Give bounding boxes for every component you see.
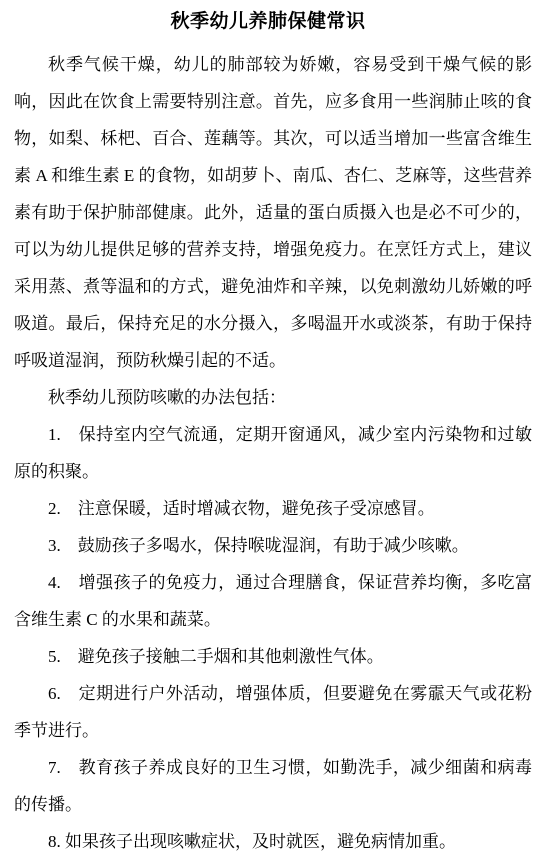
list-item-1: 1. 保持室内空气流通，定期开窗通风，减少室内污染物和过敏原的积聚。 bbox=[14, 416, 532, 490]
list-item-6: 6. 定期进行户外活动，增强体质，但要避免在雾霢天气或花粉季节进行。 bbox=[14, 675, 532, 749]
list-item-4: 4. 增强孩子的免疫力，通过合理膳食，保证营养均衡，多吃富含维生素 C 的水果和… bbox=[14, 564, 532, 638]
list-item-2: 2. 注意保暖，适时增减衣物，避免孩子受凉感冒。 bbox=[14, 490, 532, 527]
document-body: 秋季气候干燥，幼儿的肺部较为娇嫩，容易受到干燥气候的影响，因此在饮食上需要特别注… bbox=[14, 46, 532, 855]
document-title: 秋季幼儿养肺保健常识 bbox=[14, 8, 522, 36]
list-item-5: 5. 避免孩子接触二手烟和其他刺激性气体。 bbox=[14, 638, 532, 675]
list-item-3: 3. 鼓励孩子多喝水，保持喉咙湿润，有助于减少咳嗽。 bbox=[14, 527, 532, 564]
list-item-8: 8. 如果孩子出现咳嗽症状，及时就医，避免病情加重。 bbox=[14, 823, 532, 855]
document-page: 秋季幼儿养肺保健常识 秋季气候干燥，幼儿的肺部较为娇嫩，容易受到干燥气候的影响，… bbox=[0, 0, 537, 855]
list-item-7: 7. 教育孩子养成良好的卫生习惯，如勤洗手，减少细菌和病毒的传播。 bbox=[14, 749, 532, 823]
list-intro-paragraph: 秋季幼儿预防咳嗽的办法包括： bbox=[14, 379, 532, 416]
intro-paragraph: 秋季气候干燥，幼儿的肺部较为娇嫩，容易受到干燥气候的影响，因此在饮食上需要特别注… bbox=[14, 46, 532, 379]
